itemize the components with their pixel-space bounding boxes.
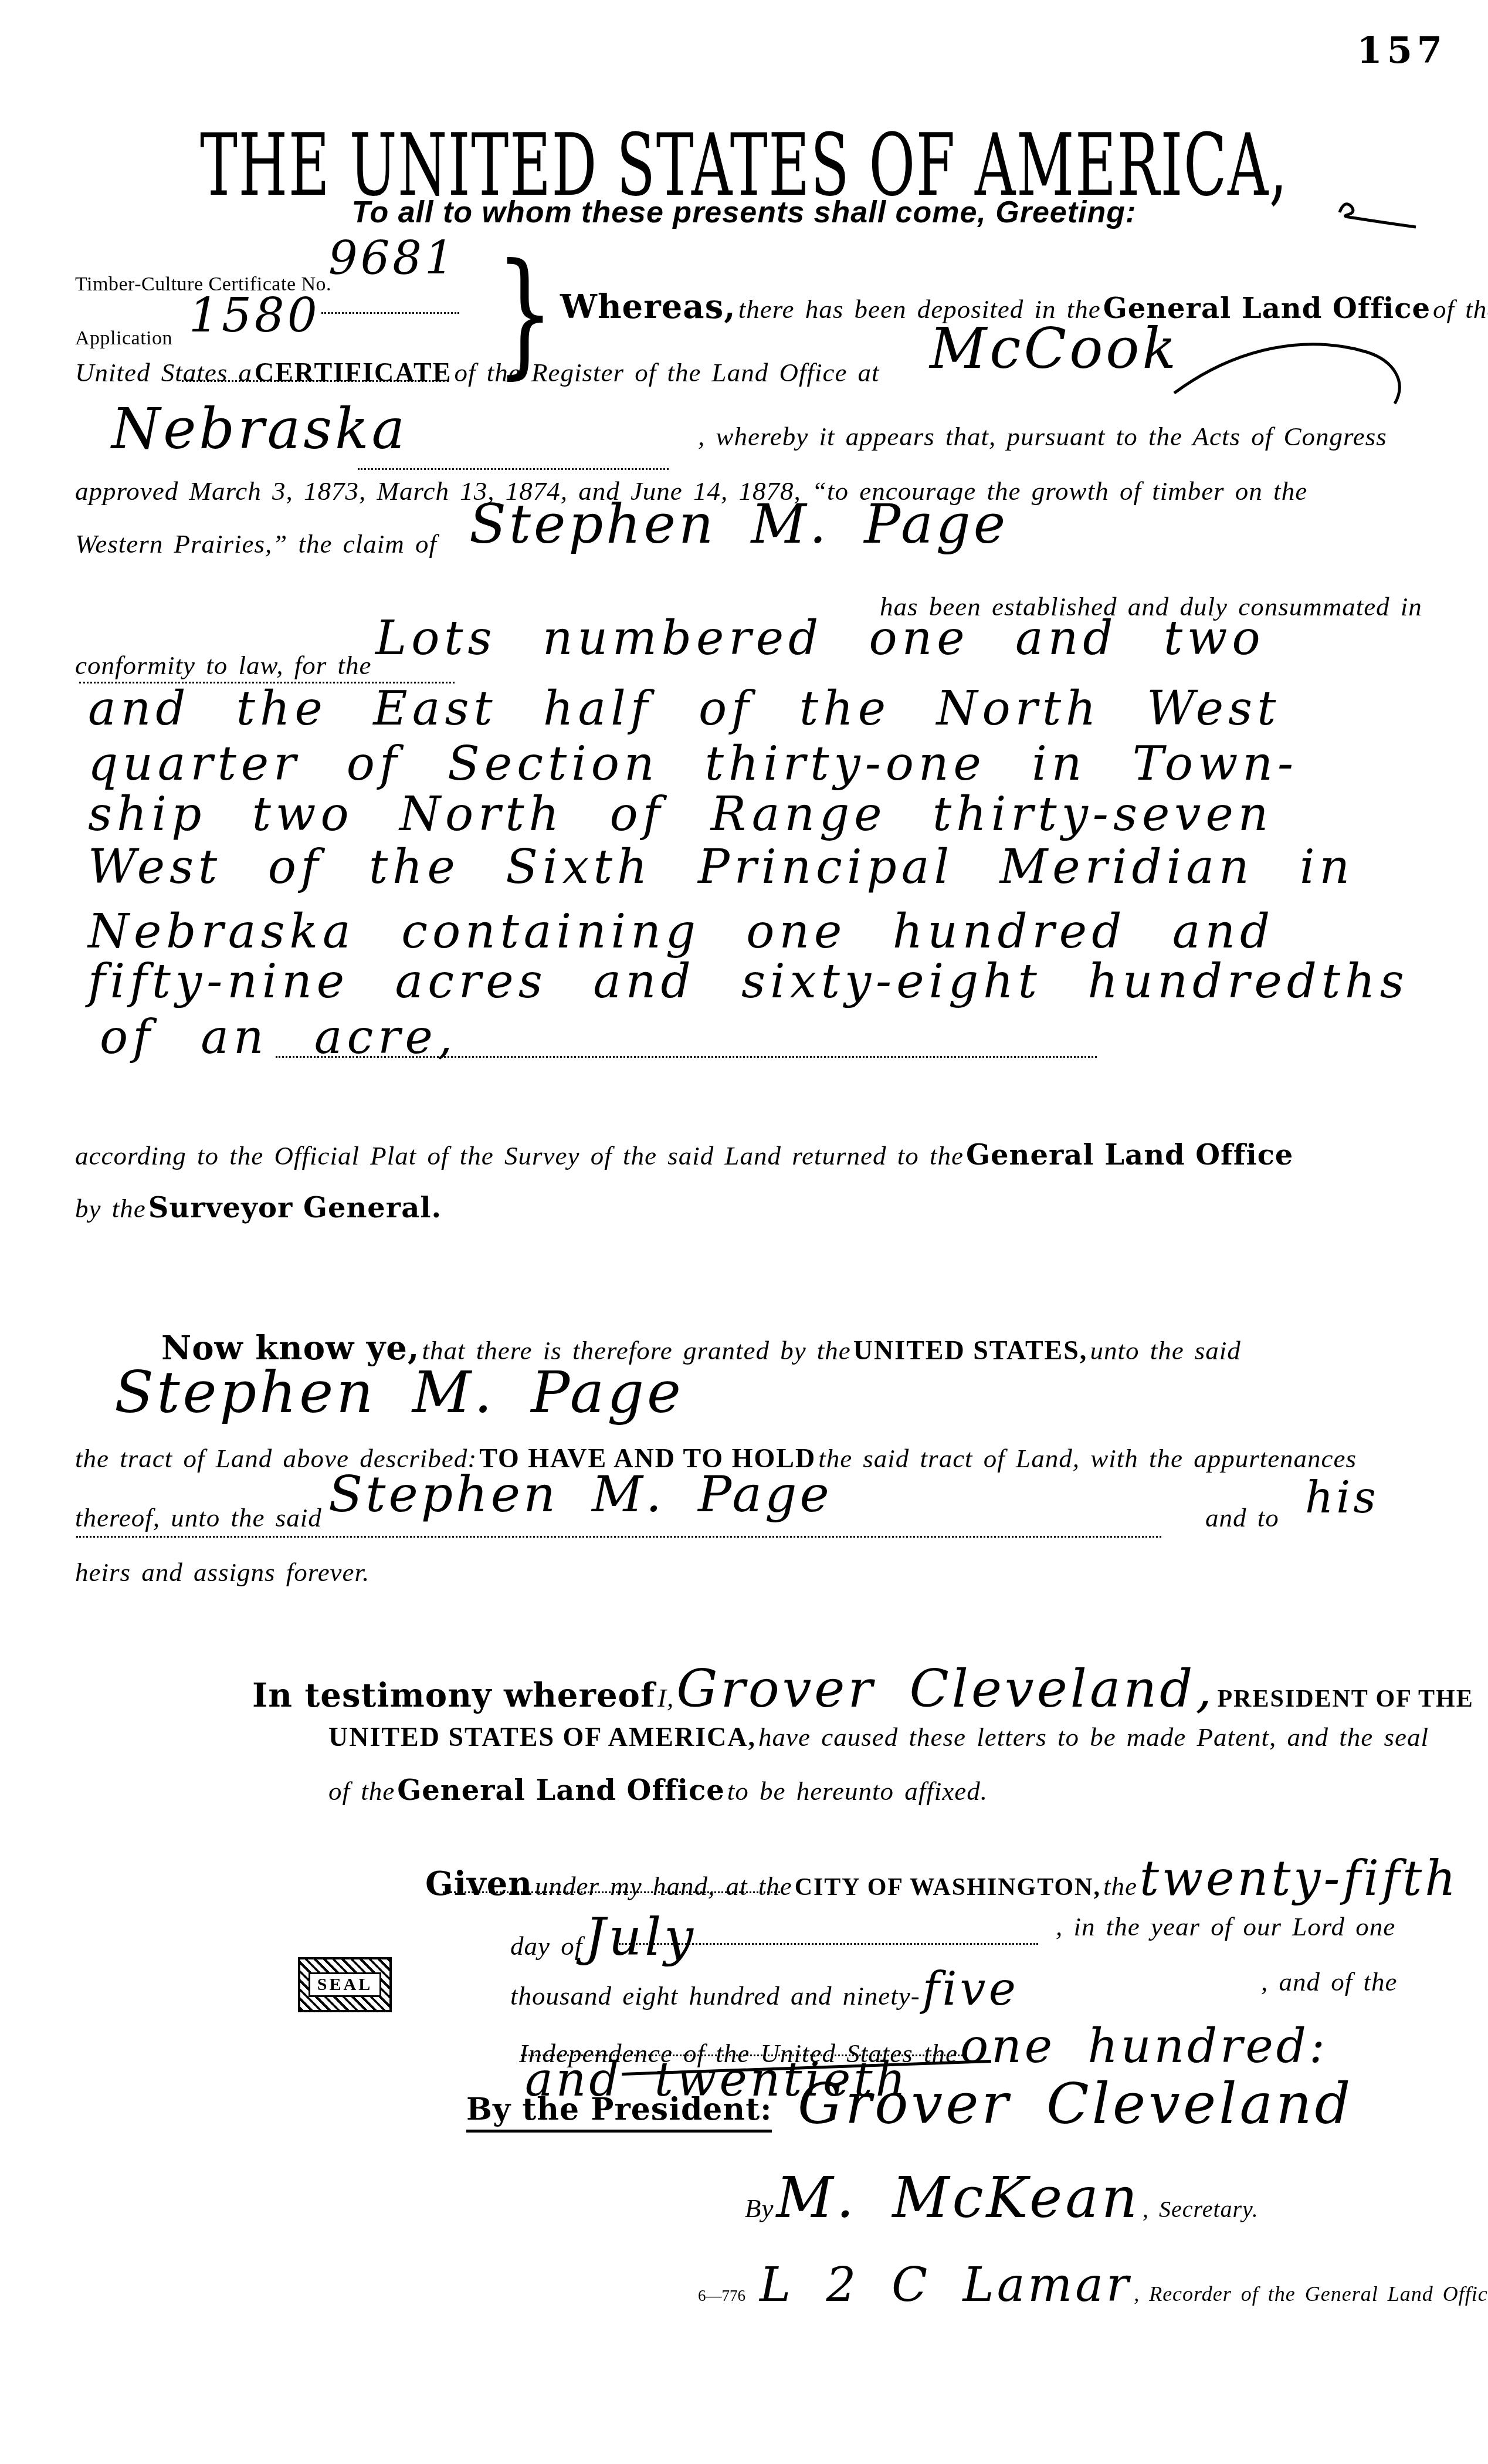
affixed-line: of the General Land Office to be hereunt… <box>328 1776 988 1805</box>
document-subtitle-row: To all to whom these presents shall come… <box>0 195 1488 230</box>
certificate-number-value: 9681 <box>328 236 457 282</box>
seal-stamp: SEAL <box>298 1957 392 2012</box>
thereof-text: thereof, unto the said <box>75 1505 322 1531</box>
land-patent-document: 157 THE UNITED STATES OF AMERICA, To all… <box>0 0 1488 2464</box>
president-name-handwritten: Grover Cleveland, <box>676 1659 1215 1719</box>
thousand-text: thousand eight hundred and ninety- <box>510 1981 920 2011</box>
thereof-rule <box>76 1536 1161 1538</box>
by-president-label: By the President: <box>466 2091 772 2133</box>
independence-ordinal-handwritten: one hundred: <box>960 2019 1328 2073</box>
form-number: 6—776 <box>698 2287 745 2304</box>
given-word: Given <box>425 1864 533 1903</box>
application-number-value: 1580 <box>189 292 320 339</box>
certificate-number-rule <box>321 312 459 314</box>
year-word-handwritten: five <box>923 1963 1019 2016</box>
by-president-line: By the President: <box>466 2094 772 2125</box>
state-name: Nebraska <box>111 402 408 458</box>
by-word: By <box>745 2194 774 2223</box>
city-of-washington-caps: CITY OF WASHINGTON, <box>795 1874 1101 1901</box>
given-rule <box>443 1891 780 1893</box>
recorder-signature: L 2 C Lamar <box>760 2257 1131 2312</box>
of-the-text: of the <box>1433 295 1488 324</box>
grantee-name-2: Stephen M. Page <box>328 1470 832 1519</box>
pen-flourish-icon <box>1331 194 1419 229</box>
land-description-line: Nebraska containing one hundred and <box>88 908 1275 955</box>
land-description-line: ship two North of Range thirty-seven <box>88 791 1273 838</box>
land-description-line: of an acre, <box>100 1014 457 1061</box>
application-label: Application <box>75 329 172 348</box>
whereby-text: , whereby it appears that, pursuant to t… <box>698 424 1387 450</box>
his-word: his <box>1305 1475 1379 1519</box>
certificate-word: CERTIFICATE <box>255 357 452 387</box>
land-description-line: West of the Sixth Principal Meridian in <box>88 844 1354 891</box>
register-text: of the Register of the Land Office at <box>454 358 879 387</box>
united-states-caps: UNITED STATES, <box>853 1335 1088 1365</box>
state-name-rule <box>358 468 669 470</box>
day-of-text: day of <box>510 1931 582 1961</box>
conformity-text: conformity to law, for the <box>75 652 371 679</box>
grantee-name: Stephen M. Page <box>114 1364 684 1421</box>
land-description-line: fifty-nine acres and sixty-eight hundred… <box>88 958 1409 1005</box>
and-of-the-text: , and of the <box>1261 1969 1397 1995</box>
year-line: thousand eight hundred and ninety- five <box>510 1967 1019 2012</box>
document-subtitle: To all to whom these presents shall come… <box>352 195 1137 230</box>
month-handwritten: July <box>585 1907 696 1967</box>
appurtenances-text: the said tract of Land, with the appurte… <box>818 1444 1357 1473</box>
prairies-text: Western Prairies,” the claim of <box>75 531 437 557</box>
certificate-line: United States a CERTIFICATE of the Regis… <box>75 359 880 386</box>
recorder-title: , Recorder of the General Land Office. <box>1134 2282 1488 2306</box>
surveyor-line: by the Surveyor General. <box>75 1194 442 1222</box>
under-hand-text: under my hand, at the <box>535 1871 792 1901</box>
secretary-signature: M. McKean <box>776 2166 1140 2231</box>
land-description-rule <box>276 1056 1097 1058</box>
president-of-the-caps: PRESIDENT OF THE <box>1217 1685 1473 1712</box>
signature-flourish-icon <box>1173 329 1425 411</box>
land-description-line: Lots numbered one and two <box>375 615 1265 662</box>
day-of-line: day of July <box>510 1911 696 1963</box>
land-description-line: and the East half of the North West <box>88 685 1280 732</box>
whereas-word: Whereas, <box>560 287 736 326</box>
of-the-text: of the <box>328 1776 395 1806</box>
general-land-office-text: General Land Office <box>397 1774 724 1807</box>
heirs-text: heirs and assigns forever. <box>75 1559 370 1586</box>
general-land-office-text: General Land Office <box>966 1139 1293 1172</box>
seal-text: SEAL <box>309 1972 381 1997</box>
i-word: I, <box>657 1683 674 1712</box>
and-to-text: and to <box>1205 1505 1279 1531</box>
document-header: THE UNITED STATES OF AMERICA, <box>0 116 1488 198</box>
recorder-line: 6—776 L 2 C Lamar , Recorder of the Gene… <box>698 2262 1488 2309</box>
land-description-line: quarter of Section thirty-one in Town- <box>88 740 1298 787</box>
land-office-place: McCook <box>930 321 1179 377</box>
the-word: the <box>1103 1871 1137 1901</box>
claimant-name: Stephen M. Page <box>469 497 1008 551</box>
secretary-line: By M. McKean , Secretary. <box>745 2171 1259 2226</box>
united-states-a-text: United States a <box>75 358 252 387</box>
affixed-text: to be hereunto affixed. <box>727 1776 988 1806</box>
month-rule <box>619 1943 1038 1945</box>
testimony-line: In testimony whereof I, Grover Cleveland… <box>252 1663 1474 1715</box>
letters-text: have caused these letters to be made Pat… <box>758 1722 1429 1752</box>
surveyor-general-text: Surveyor General. <box>148 1192 442 1224</box>
usa-caps: UNITED STATES OF AMERICA, <box>328 1722 756 1752</box>
given-line: Given under my hand, at the CITY OF WASH… <box>425 1855 1459 1903</box>
unto-said-text: unto the said <box>1090 1336 1241 1365</box>
testimony-lead: In testimony whereof <box>252 1676 655 1715</box>
by-the-text: by the <box>75 1194 146 1223</box>
according-text: according to the Official Plat of the Su… <box>75 1141 964 1170</box>
secretary-title: , Secretary. <box>1143 2196 1259 2222</box>
day-ordinal-handwritten: twenty-fifth <box>1140 1851 1459 1907</box>
page-number: 157 <box>1357 32 1447 69</box>
year-lead-text: , in the year of our Lord one <box>1056 1914 1395 1940</box>
president-signature: Grover Cleveland <box>798 2077 1353 2133</box>
according-line: according to the Official Plat of the Su… <box>75 1141 1293 1169</box>
usa-line: UNITED STATES OF AMERICA, have caused th… <box>328 1724 1429 1751</box>
